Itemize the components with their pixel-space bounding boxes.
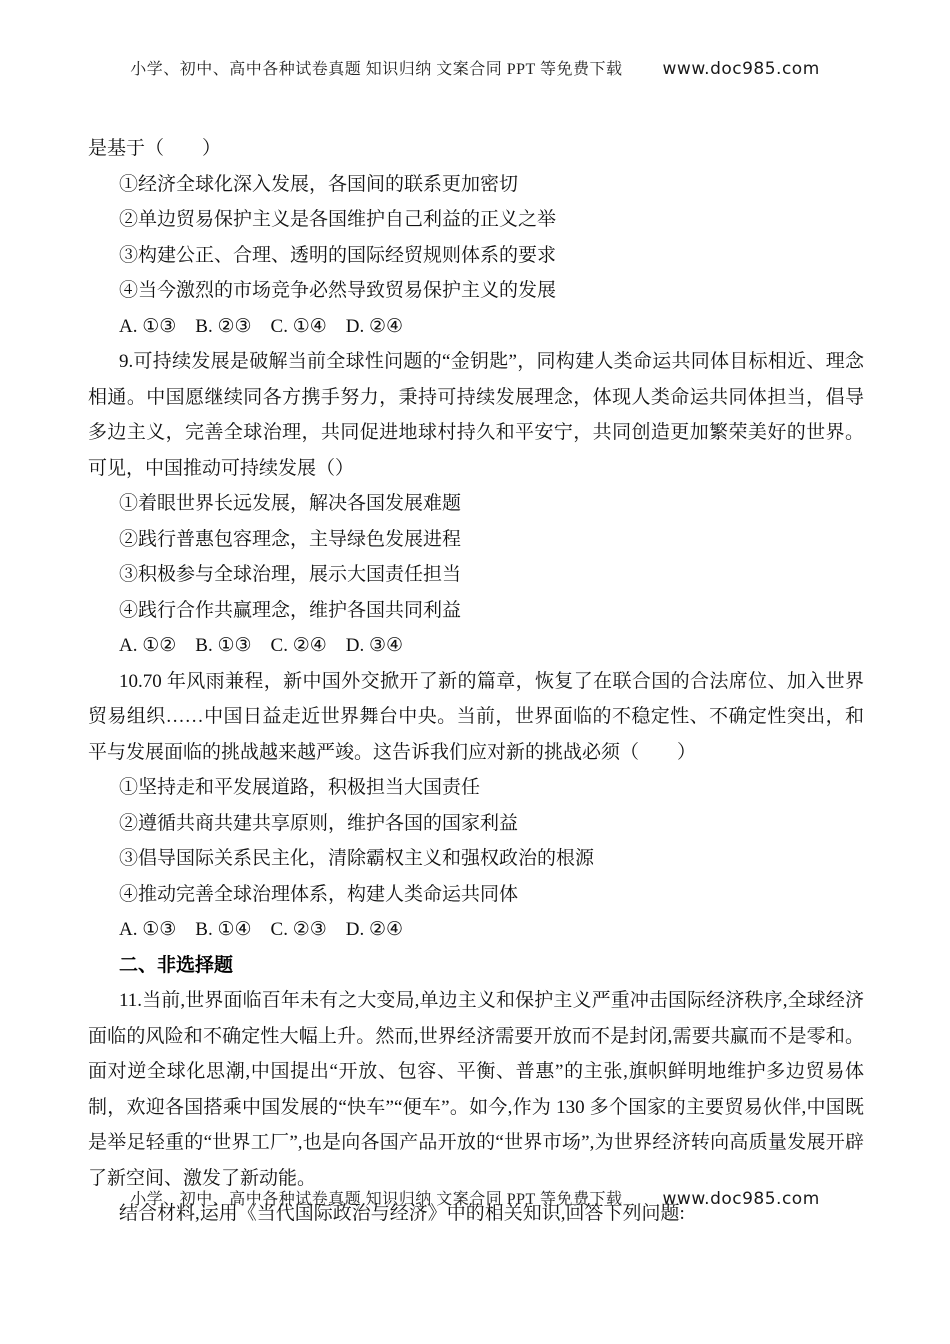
document-body: 是基于（ ） ①经济全球化深入发展，各国间的联系更加密切 ②单边贸易保护主义是各… (88, 131, 864, 1232)
page-footer: 小学、初中、高中各种试卷真题 知识归纳 文案合同 PPT 等免费下载 www.d… (0, 1186, 950, 1209)
q9-stem: 9.可持续发展是破解当前全球性问题的“金钥匙”，同构建人类命运共同体目标相近、理… (88, 344, 864, 486)
q10-option-4: ④推动完善全球治理体系，构建人类命运共同体 (88, 877, 864, 913)
footer-promo-text: 小学、初中、高中各种试卷真题 知识归纳 文案合同 PPT 等免费下载 (130, 1186, 622, 1209)
q10-stem: 10.70 年风雨兼程，新中国外交掀开了新的篇章，恢复了在联合国的合法席位、加入… (88, 664, 864, 771)
q11-stem: 11.当前,世界面临百年未有之大变局,单边主义和保护主义严重冲击国际经济秩序,全… (88, 983, 864, 1196)
q8-answer-choices: A. ①③ B. ②③ C. ①④ D. ②④ (88, 309, 864, 345)
q10-option-2: ②遵循共商共建共享原则，维护各国的国家利益 (88, 806, 864, 842)
q9-option-2: ②践行普惠包容理念，主导绿色发展进程 (88, 522, 864, 558)
q8-option-1: ①经济全球化深入发展，各国间的联系更加密切 (88, 167, 864, 203)
q8-stem-tail: 是基于（ ） (88, 131, 864, 167)
q10-option-3: ③倡导国际关系民主化，清除霸权主义和强权政治的根源 (88, 841, 864, 877)
q9-answer-choices: A. ①② B. ①③ C. ②④ D. ③④ (88, 628, 864, 664)
q9-option-1: ①着眼世界长远发展，解决各国发展难题 (88, 486, 864, 522)
q9-option-3: ③积极参与全球治理，展示大国责任担当 (88, 557, 864, 593)
section-2-heading: 二、非选择题 (88, 948, 864, 984)
q8-option-2: ②单边贸易保护主义是各国维护自己利益的正义之举 (88, 202, 864, 238)
footer-site-url[interactable]: www.doc985.com (663, 1189, 820, 1209)
q10-option-1: ①坚持走和平发展道路，积极担当大国责任 (88, 770, 864, 806)
q8-option-4: ④当今激烈的市场竞争必然导致贸易保护主义的发展 (88, 273, 864, 309)
q10-answer-choices: A. ①③ B. ①④ C. ②③ D. ②④ (88, 912, 864, 948)
header-site-url[interactable]: www.doc985.com (663, 59, 820, 79)
q8-option-3: ③构建公正、合理、透明的国际经贸规则体系的要求 (88, 238, 864, 274)
exam-document-page: 小学、初中、高中各种试卷真题 知识归纳 文案合同 PPT 等免费下载 www.d… (0, 0, 950, 1344)
q9-option-4: ④践行合作共赢理念，维护各国共同利益 (88, 593, 864, 629)
page-header: 小学、初中、高中各种试卷真题 知识归纳 文案合同 PPT 等免费下载 www.d… (0, 56, 950, 79)
header-promo-text: 小学、初中、高中各种试卷真题 知识归纳 文案合同 PPT 等免费下载 (130, 56, 622, 79)
